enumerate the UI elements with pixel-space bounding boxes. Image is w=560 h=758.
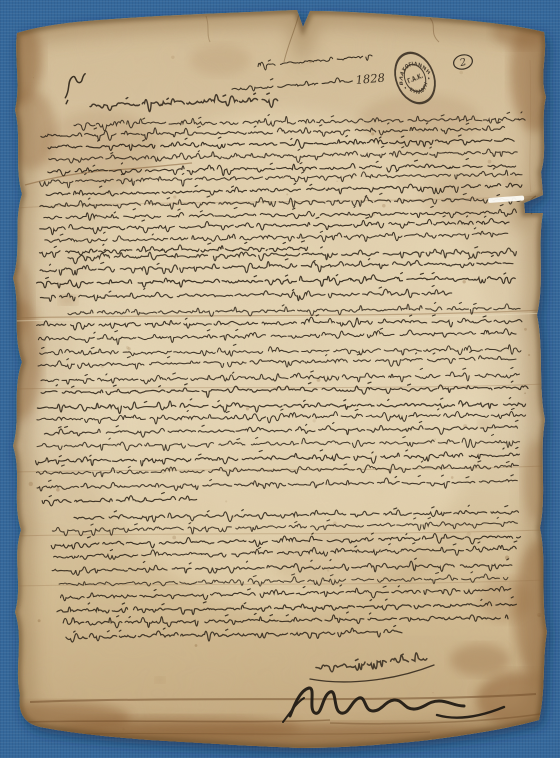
stain	[155, 677, 165, 683]
foxing-spot	[451, 476, 454, 479]
foxing-spot	[459, 71, 463, 75]
foxing-spot	[126, 346, 129, 349]
foxing-spot	[171, 56, 174, 59]
stain	[479, 578, 531, 622]
foxing-spot	[382, 204, 385, 207]
foxing-spot	[225, 500, 227, 502]
photo-background: 1828 ΒΛΑΧΟΓΙΑΝΝΗ ΣΥΛΛΟΓΗ Γ.Α.Κ. 2	[0, 0, 560, 758]
foxing-spot	[56, 488, 60, 492]
stain	[398, 178, 410, 186]
foxing-spot	[463, 280, 466, 283]
foxing-spot	[195, 540, 197, 542]
foxing-spot	[434, 438, 436, 440]
foxing-spot	[195, 644, 198, 647]
foxing-spot	[371, 132, 374, 135]
stain	[478, 420, 490, 428]
foxing-spot	[33, 77, 34, 78]
foxing-spot	[337, 181, 338, 182]
foxing-spot	[327, 569, 329, 571]
foxing-spot	[228, 324, 231, 327]
foxing-spot	[313, 419, 316, 422]
foxing-spot	[162, 472, 164, 474]
manuscript-photo: 1828 ΒΛΑΧΟΓΙΑΝΝΗ ΣΥΛΛΟΓΗ Γ.Α.Κ. 2	[0, 0, 560, 758]
foxing-spot	[286, 193, 288, 195]
foxing-spot	[524, 392, 526, 394]
foxing-spot	[467, 532, 471, 536]
date-year: 1828	[355, 70, 385, 86]
foxing-spot	[172, 536, 176, 540]
foxing-spot	[38, 619, 41, 622]
foxing-spot	[488, 160, 492, 164]
foxing-spot	[173, 195, 176, 198]
foxing-spot	[432, 692, 433, 693]
stain	[450, 644, 510, 676]
foxing-spot	[246, 407, 249, 410]
stain	[190, 44, 250, 76]
